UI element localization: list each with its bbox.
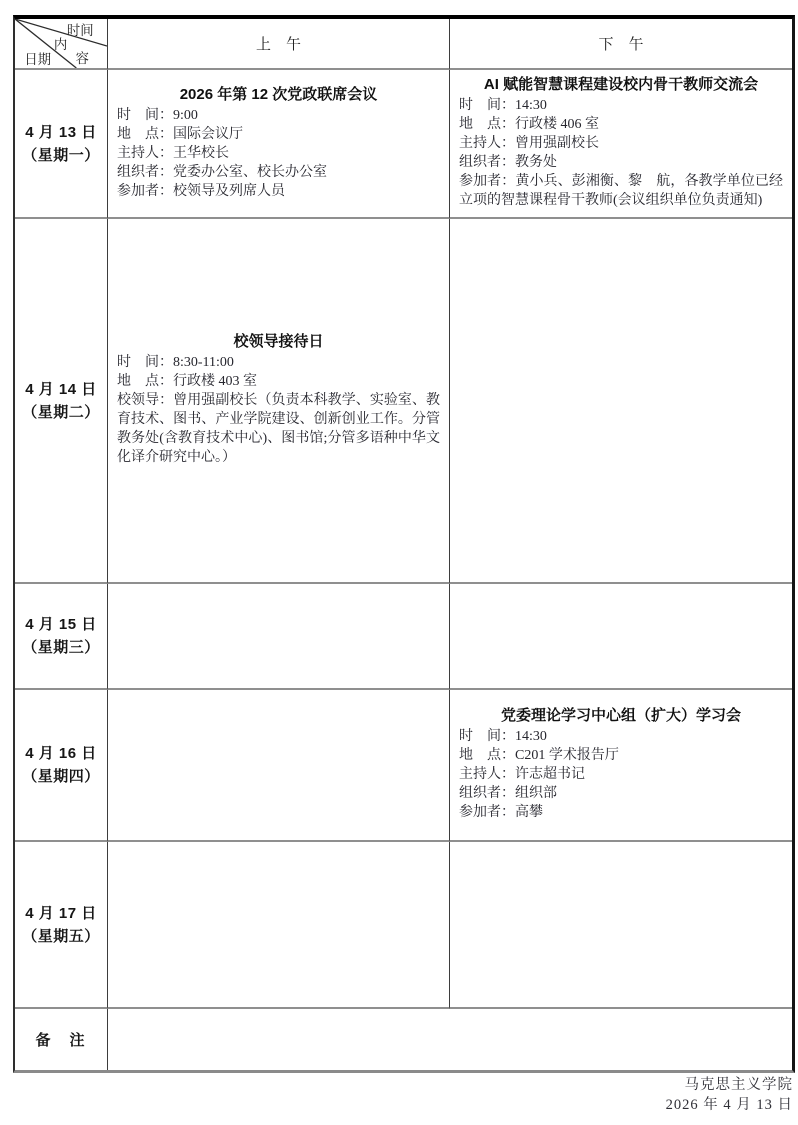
thursday-afternoon-event: 党委理论学习中心组（扩大）学习会 时 间：14:30 地 点：C201 学术报告… [450, 690, 792, 842]
corner-date-label: 日期 [24, 52, 51, 67]
wednesday-morning-event [108, 584, 450, 690]
weekday-text: （星期一） [22, 144, 100, 167]
monday-morning-event: 2026 年第 12 次党政联席会议 时 间：9:00 地 点：国际会议厅 主持… [108, 70, 450, 219]
weekday-text: （星期三） [22, 636, 100, 659]
event-line: 参加者：高攀 [459, 803, 783, 822]
monday-afternoon-event: AI 赋能智慧课程建设校内骨干教师交流会 时 间：14:30 地 点：行政楼 4… [450, 70, 792, 219]
event-line: 校领导：曾用强副校长（负责本科教学、实验室、教育技术、图书、产业学院建设、创新创… [117, 391, 440, 467]
event-line: 时 间：14:30 [459, 727, 783, 746]
thursday-morning-event [108, 690, 450, 842]
date-cell-thursday: 4 月 16 日 （星期四） [15, 690, 108, 842]
diagonal-lines: 时间 内 容 日期 [15, 19, 107, 68]
event-title: 2026 年第 12 次党政联席会议 [117, 85, 440, 105]
event-line: 组织者：党委办公室、校长办公室 [117, 163, 440, 182]
event-line: 地 点：国际会议厅 [117, 125, 440, 144]
date-text: 4 月 16 日 [25, 742, 97, 765]
event-line: 地 点：行政楼 406 室 [459, 115, 783, 134]
corner-time-label: 时间 [67, 23, 94, 38]
footer-date: 2026 年 4 月 13 日 [666, 1096, 793, 1116]
date-cell-wednesday: 4 月 15 日 （星期三） [15, 584, 108, 690]
tuesday-morning-event: 校领导接待日 时 间：8:30-11:00 地 点：行政楼 403 室 校领导：… [108, 219, 450, 584]
event-line: 主持人：曾用强副校长 [459, 134, 783, 153]
weekday-text: （星期五） [22, 925, 100, 948]
footer-organization: 马克思主义学院 [666, 1076, 793, 1096]
event-line: 参加者：黄小兵、彭湘衡、黎 航，各教学单位已经立项的智慧课程骨干教师(会议组织单… [459, 172, 783, 210]
corner-content-top-label: 内 [54, 36, 67, 52]
event-line: 主持人：王华校长 [117, 144, 440, 163]
event-line: 地 点：行政楼 403 室 [117, 372, 440, 391]
date-text: 4 月 17 日 [25, 902, 97, 925]
weekly-schedule-table: 时间 内 容 日期 上 午 下 午 4 月 13 日 （星期一） 2026 年第… [13, 15, 795, 1073]
event-line: 组织者：教务处 [459, 153, 783, 172]
weekday-text: （星期二） [22, 401, 100, 424]
event-line: 时 间：9:00 [117, 106, 440, 125]
remark-content [108, 1009, 792, 1070]
document-footer: 马克思主义学院 2026 年 4 月 13 日 [666, 1076, 793, 1115]
corner-content-bottom-label: 容 [76, 51, 89, 66]
date-text: 4 月 14 日 [25, 378, 97, 401]
friday-afternoon-event [450, 842, 792, 1009]
friday-morning-event [108, 842, 450, 1009]
event-title: 党委理论学习中心组（扩大）学习会 [459, 706, 783, 726]
weekday-text: （星期四） [22, 765, 100, 788]
remark-label: 备 注 [15, 1009, 108, 1070]
wednesday-afternoon-event [450, 584, 792, 690]
event-line: 时 间：14:30 [459, 96, 783, 115]
date-cell-tuesday: 4 月 14 日 （星期二） [15, 219, 108, 584]
morning-column-header: 上 午 [108, 19, 450, 70]
date-cell-friday: 4 月 17 日 （星期五） [15, 842, 108, 1009]
afternoon-column-header: 下 午 [450, 19, 792, 70]
diagonal-header-cell: 时间 内 容 日期 [15, 19, 108, 70]
event-line: 组织者：组织部 [459, 784, 783, 803]
date-text: 4 月 15 日 [25, 613, 97, 636]
event-line: 地 点：C201 学术报告厅 [459, 746, 783, 765]
event-title: 校领导接待日 [117, 332, 440, 352]
event-line: 参加者：校领导及列席人员 [117, 182, 440, 201]
date-cell-monday: 4 月 13 日 （星期一） [15, 70, 108, 219]
event-line: 时 间：8:30-11:00 [117, 353, 440, 372]
tuesday-afternoon-event [450, 219, 792, 584]
date-text: 4 月 13 日 [25, 121, 97, 144]
event-title: AI 赋能智慧课程建设校内骨干教师交流会 [459, 75, 783, 95]
event-line: 主持人：许志超书记 [459, 765, 783, 784]
